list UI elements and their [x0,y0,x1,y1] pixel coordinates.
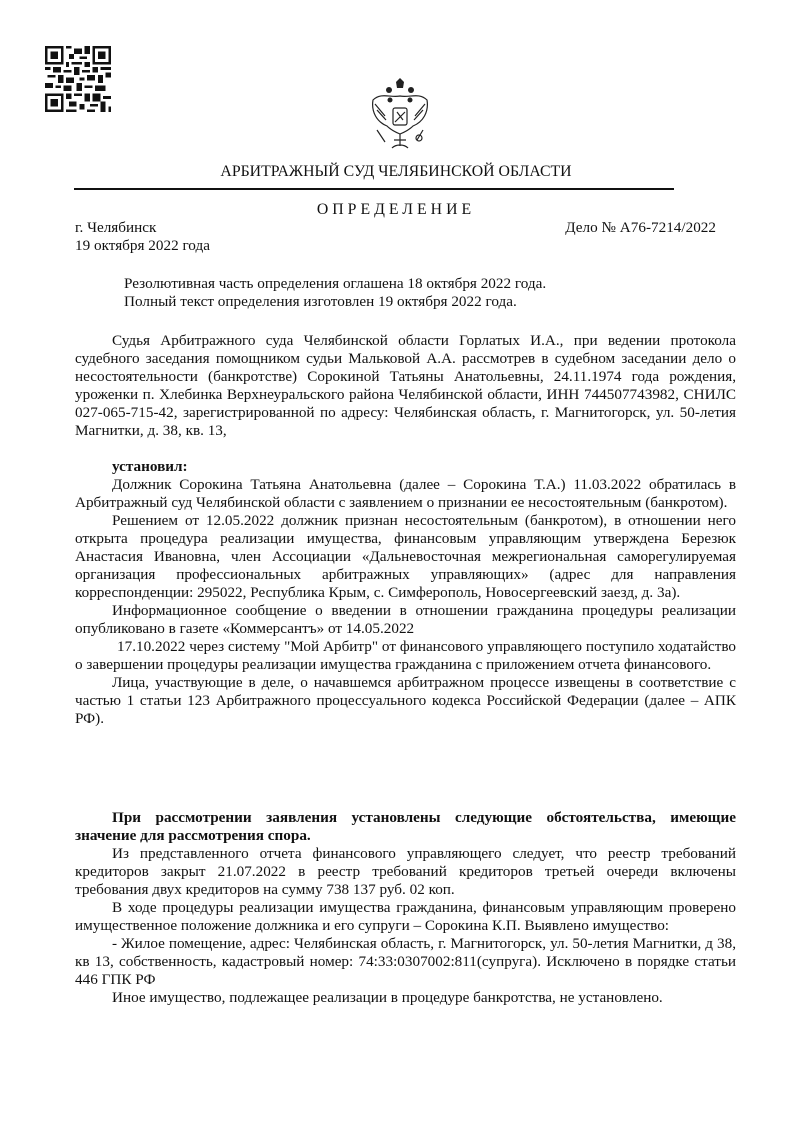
case-number: Дело № А76-7214/2022 [565,219,716,237]
circumstances-paragraph: В ходе процедуры реализации имущества гр… [75,899,736,935]
document-date: 19 октября 2022 года [75,237,210,255]
established-label: установил: [112,458,188,476]
intro-text: Судья Арбитражного суда Челябинской обла… [75,332,736,440]
intro-paragraph: Судья Арбитражного суда Челябинской обла… [75,332,736,440]
established-paragraph: Информационное сообщение о введении в от… [75,602,736,638]
resolution-announced: Резолютивная часть определения оглашена … [124,275,546,294]
established-paragraph: Решением от 12.05.2022 должник признан н… [75,512,736,602]
qr-code-icon [45,46,111,112]
city: г. Челябинск [75,219,156,237]
document-type: ОПРЕДЕЛЕНИЕ [0,201,792,219]
full-text-prepared: Полный текст определения изготовлен 19 о… [124,293,517,312]
established-paragraph: Должник Сорокина Татьяна Анатольевна (да… [75,476,736,512]
circumstances-paragraph: Из представленного отчета финансового уп… [75,845,736,899]
established-paragraph: Лица, участвующие в деле, о начавшемся а… [75,674,736,728]
circumstances-paragraph: Иное имущество, подлежащее реализации в … [75,989,736,1007]
established-section: Должник Сорокина Татьяна Анатольевна (да… [75,476,736,728]
court-name: АРБИТРАЖНЫЙ СУД ЧЕЛЯБИНСКОЙ ОБЛАСТИ [0,163,792,181]
property-item: - Жилое помещение, адрес: Челябинская об… [75,935,736,989]
circumstances-heading: При рассмотрении заявления установлены с… [75,809,736,845]
circumstances-section: При рассмотрении заявления установлены с… [75,809,736,1007]
header-divider [74,188,674,190]
established-paragraph: 17.10.2022 через систему "Мой Арбитр" от… [75,638,736,674]
coat-of-arms-icon [367,78,433,158]
